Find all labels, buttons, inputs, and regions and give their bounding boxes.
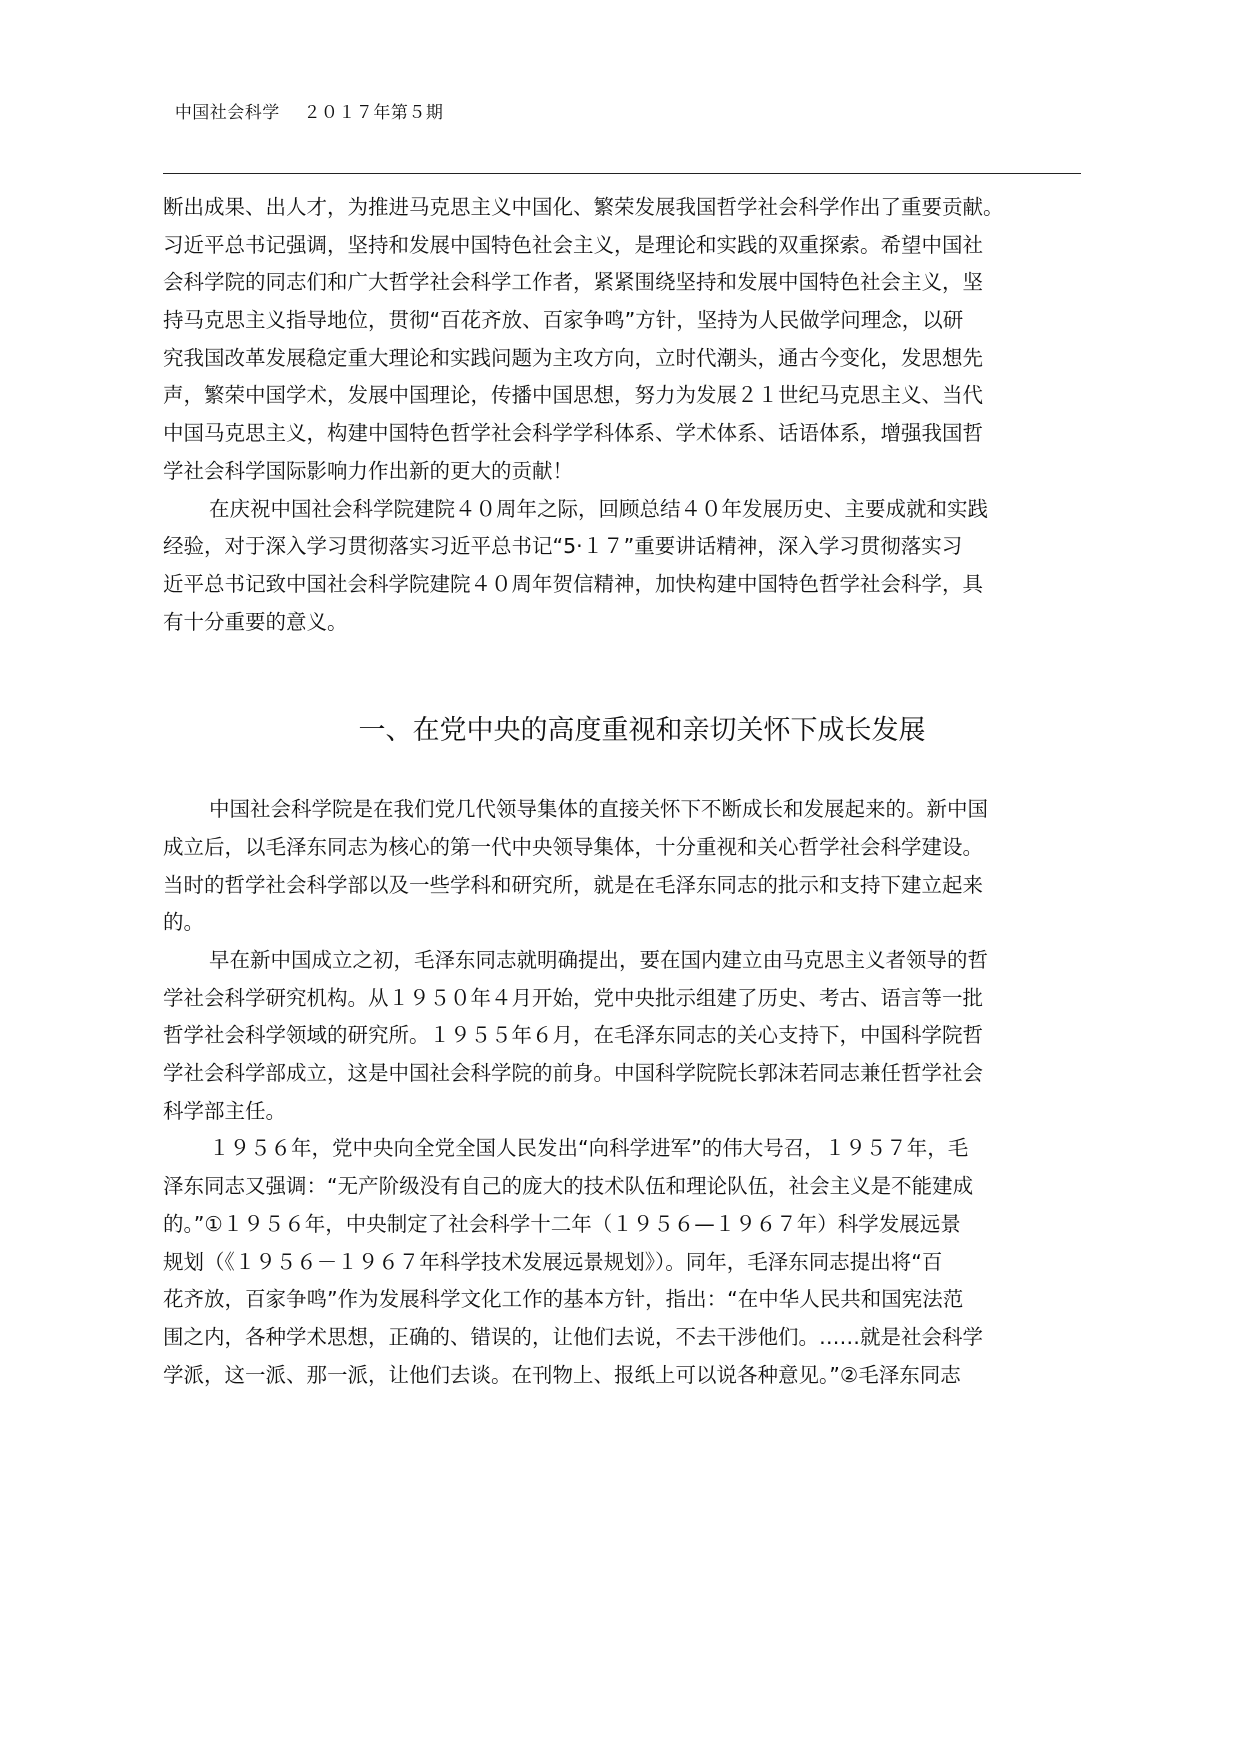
text-line: 持马克思主义指导地位，贯彻“百花齐放、百家争鸣”方针，坚持为人民做学问理念，以研 (163, 302, 1081, 340)
text-line: 声，繁荣中国学术，发展中国理论，传播中国思想，努力为发展２１世纪马克思主义、当代 (163, 377, 1081, 415)
section1-paragraph-3: １９５６年，党中央向全党全国人民发出“向科学进军”的伟大号召，１９５７年，毛 泽… (163, 1130, 1081, 1394)
text-line: 究我国改革发展稳定重大理论和实践问题为主攻方向，立时代潮头，通古今变化，发思想先 (163, 340, 1081, 378)
text-line: 哲学社会科学领域的研究所。１９５５年６月，在毛泽东同志的关心支持下，中国科学院哲 (163, 1017, 1081, 1055)
text-line: 规划（《１９５６－１９６７年科学技术发展远景规划》）。同年，毛泽东同志提出将“百 (163, 1244, 1081, 1282)
header-spacer (280, 103, 304, 123)
text-line: 中国社会科学院是在我们党几代领导集体的直接关怀下不断成长和发展起来的。新中国 (163, 791, 1081, 829)
intro-paragraph-1: 断出成果、出人才，为推进马克思主义中国化、繁荣发展我国哲学社会科学作出了重要贡献… (163, 189, 1081, 491)
text-line: 学社会科学国际影响力作出新的更大的贡献！ (163, 453, 1081, 491)
text-line: 早在新中国成立之初，毛泽东同志就明确提出，要在国内建立由马克思主义者领导的哲 (163, 942, 1081, 980)
text-line: 科学部主任。 (163, 1093, 1081, 1131)
text-line: 有十分重要的意义。 (163, 604, 1081, 642)
text-line: 成立后，以毛泽东同志为核心的第一代中央领导集体，十分重视和关心哲学社会科学建设。 (163, 829, 1081, 867)
section-heading: 一、在党中央的高度重视和亲切关怀下成长发展 (163, 699, 1081, 763)
issue-number: ２０１７年第５期 (303, 103, 443, 123)
text-line: 在庆祝中国社会科学院建院４０周年之际，回顾总结４０年发展历史、主要成就和实践 (163, 491, 1081, 529)
text-line: 学社会科学部成立，这是中国社会科学院的前身。中国科学院院长郭沫若同志兼任哲学社会 (163, 1055, 1081, 1093)
text-line: 中国马克思主义，构建中国特色哲学社会科学学科体系、学术体系、话语体系，增强我国哲 (163, 415, 1081, 453)
article-body: 断出成果、出人才，为推进马克思主义中国化、繁荣发展我国哲学社会科学作出了重要贡献… (163, 189, 1081, 1394)
journal-name: 中国社会科学 (175, 103, 280, 123)
running-header: 中国社会科学 ２０１７年第５期 (163, 78, 443, 123)
text-line: 围之内，各种学术思想，正确的、错误的，让他们去说，不去干涉他们。……就是社会科学 (163, 1319, 1081, 1357)
text-line: 近平总书记致中国社会科学院建院４０周年贺信精神，加快构建中国特色哲学社会科学，具 (163, 566, 1081, 604)
text-line: 花齐放，百家争鸣”作为发展科学文化工作的基本方针，指出：“在中华人民共和国宪法范 (163, 1281, 1081, 1319)
text-line: 的。”①１９５６年，中央制定了社会科学十二年（１９５６—１９６７年）科学发展远景 (163, 1206, 1081, 1244)
text-line: 当时的哲学社会科学部以及一些学科和研究所，就是在毛泽东同志的批示和支持下建立起来 (163, 867, 1081, 905)
header-divider (163, 173, 1081, 174)
text-line: 学派，这一派、那一派，让他们去谈。在刊物上、报纸上可以说各种意见。”②毛泽东同志 (163, 1357, 1081, 1395)
section1-paragraph-1: 中国社会科学院是在我们党几代领导集体的直接关怀下不断成长和发展起来的。新中国 成… (163, 791, 1081, 942)
text-line: 断出成果、出人才，为推进马克思主义中国化、繁荣发展我国哲学社会科学作出了重要贡献… (163, 189, 1081, 227)
text-line: 学社会科学研究机构。从１９５０年４月开始，党中央批示组建了历史、考古、语言等一批 (163, 980, 1081, 1018)
text-line: 会科学院的同志们和广大哲学社会科学工作者，紧紧围绕坚持和发展中国特色社会主义，坚 (163, 264, 1081, 302)
text-line: 经验，对于深入学习贯彻落实习近平总书记“5·１７”重要讲话精神，深入学习贯彻落实… (163, 528, 1081, 566)
intro-paragraph-2: 在庆祝中国社会科学院建院４０周年之际，回顾总结４０年发展历史、主要成就和实践 经… (163, 491, 1081, 642)
text-line: 泽东同志又强调：“无产阶级没有自己的庞大的技术队伍和理论队伍，社会主义是不能建成 (163, 1168, 1081, 1206)
section-spacer (163, 641, 1081, 699)
text-line: １９５６年，党中央向全党全国人民发出“向科学进军”的伟大号召，１９５７年，毛 (163, 1130, 1081, 1168)
text-line: 习近平总书记强调，坚持和发展中国特色社会主义，是理论和实践的双重探索。希望中国社 (163, 227, 1081, 265)
section1-paragraph-2: 早在新中国成立之初，毛泽东同志就明确提出，要在国内建立由马克思主义者领导的哲 学… (163, 942, 1081, 1130)
text-line: 的。 (163, 904, 1081, 942)
